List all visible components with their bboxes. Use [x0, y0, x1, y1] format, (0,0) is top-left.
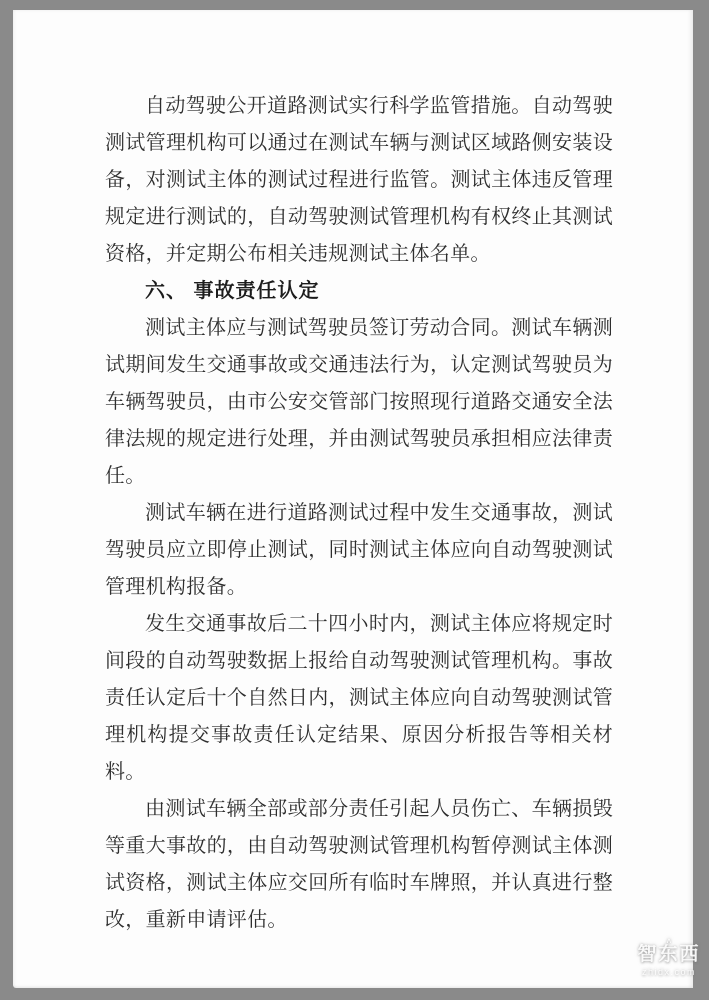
- paragraph: 发生交通事故后二十四小时内，测试主体应将规定时间段的自动驾驶数据上报给自动驾驶测…: [105, 606, 613, 791]
- paragraph: 测试主体应与测试驾驶员签订劳动合同。测试车辆测试期间发生交通事故或交通违法行为，…: [105, 310, 613, 495]
- paragraph: 自动驾驶公开道路测试实行科学监管措施。自动驾驶测试管理机构可以通过在测试车辆与测…: [105, 88, 613, 273]
- document-page: 自动驾驶公开道路测试实行科学监管措施。自动驾驶测试管理机构可以通过在测试车辆与测…: [13, 10, 693, 988]
- document-content: 自动驾驶公开道路测试实行科学监管措施。自动驾驶测试管理机构可以通过在测试车辆与测…: [105, 88, 613, 939]
- photo-frame: 自动驾驶公开道路测试实行科学监管措施。自动驾驶测试管理机构可以通过在测试车辆与测…: [0, 0, 709, 1000]
- paragraph: 测试车辆在进行道路测试过程中发生交通事故，测试驾驶员应立即停止测试，同时测试主体…: [105, 495, 613, 606]
- section-heading: 六、 事故责任认定: [105, 273, 613, 310]
- paragraph: 由测试车辆全部或部分责任引起人员伤亡、车辆损毁等重大事故的，由自动驾驶测试管理机…: [105, 791, 613, 939]
